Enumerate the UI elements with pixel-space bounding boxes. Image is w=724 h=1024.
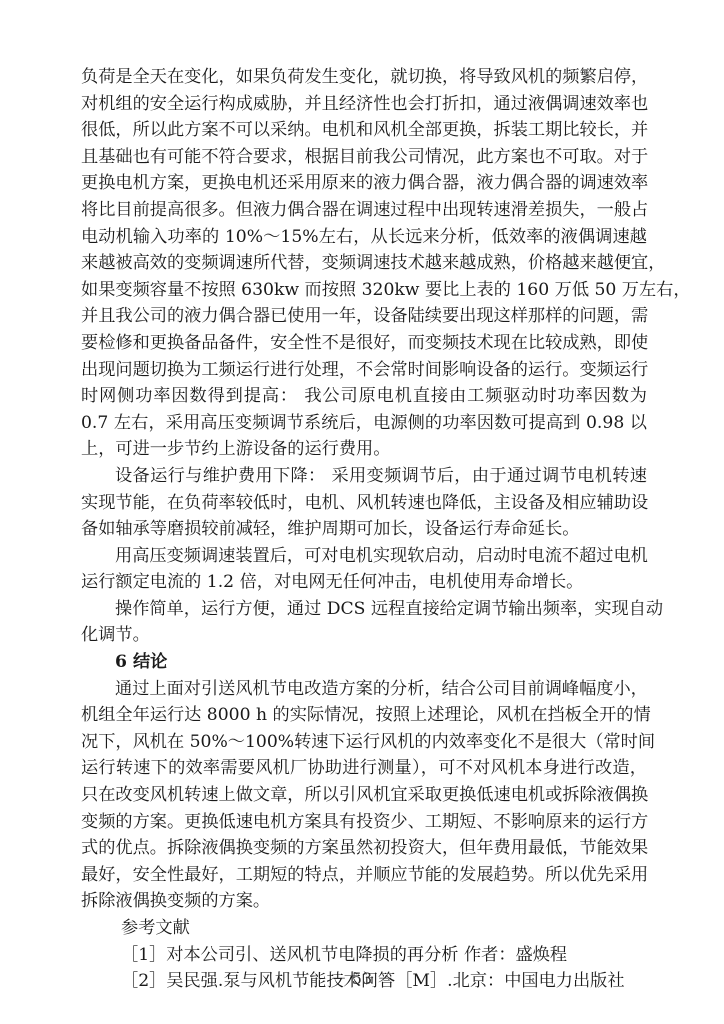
- text-line: 机组全年运行达 8000 h 的实际情况，按照上述理论，风机在挡板全开的情: [81, 702, 647, 729]
- paragraph-1: 负荷是全天在变化，如果负荷发生变化，就切换，将导致风机的频繁启停， 对机组的安全…: [81, 64, 647, 463]
- paragraph-2: 设备运行与维护费用下降： 采用变频调节后，由于通过调节电机转速 实现节能，在负荷…: [81, 463, 647, 543]
- text-line: 很低，所以此方案不可以采纳。电机和风机全部更换，拆装工期比较长，并: [81, 117, 647, 144]
- text-line: 负荷是全天在变化，如果负荷发生变化，就切换，将导致风机的频繁启停，: [81, 64, 647, 91]
- text-line: 只在改变风机转速上做文章，所以引风机宜采取更换低速电机或拆除液偶换: [81, 782, 647, 809]
- text-line: 设备运行与维护费用下降： 采用变频调节后，由于通过调节电机转速: [81, 463, 647, 490]
- text-line: 实现节能，在负荷率较低时，电机、风机转速也降低，主设备及相应辅助设: [81, 490, 647, 517]
- text-line: 0.7 左右，采用高压变频调节系统后，电源侧的功率因数可提高到 0.98 以: [81, 410, 647, 437]
- text-line: 来越被高效的变频调速所代替，变频调速技术越来越成熟，价格越来越便宜，: [81, 250, 647, 277]
- text-line: 将比目前提高很多。但液力偶合器在调速过程中出现转速滑差损失，一般占: [81, 197, 647, 224]
- text-line: 运行转速下的效率需要风机厂协助进行测量），可不对风机本身进行改造，: [81, 755, 647, 782]
- text-line: 运行额定电流的 1.2 倍，对电网无任何冲击，电机使用寿命增长。: [81, 569, 647, 596]
- paragraph-3: 用高压变频调速装置后，可对电机实现软启动，启动时电流不超过电机 运行额定电流的 …: [81, 543, 647, 596]
- text-line: 电动机输入功率的 10%～15%左右，从长远来分析，低效率的液偶调速越: [81, 224, 647, 251]
- text-line: 备如轴承等磨损较前减轻，维护周期可加长，设备运行寿命延长。: [81, 516, 647, 543]
- text-line: 出现问题切换为工频运行进行处理，不会常时间影响设备的运行。变频运行: [81, 357, 647, 384]
- references-title: 参考文献: [81, 915, 647, 942]
- text-line: 式的优点。拆除液偶换变频的方案虽然初投资大，但年费用最低，节能效果: [81, 835, 647, 862]
- text-line: 操作简单，运行方便，通过 DCS 远程直接给定调节输出频率，实现自动: [81, 596, 647, 623]
- text-line: 时网侧功率因数得到提高： 我公司原电机直接由工频驱动时功率因数为: [81, 383, 647, 410]
- text-line: 用高压变频调速装置后，可对电机实现软启动，启动时电流不超过电机: [81, 543, 647, 570]
- text-line: 如果变频容量不按照 630kw 而按照 320kw 要比上表的 160 万低 5…: [81, 277, 647, 304]
- document-page: 负荷是全天在变化，如果负荷发生变化，就切换，将导致风机的频繁启停， 对机组的安全…: [81, 64, 647, 995]
- text-line: 化调节。: [81, 622, 647, 649]
- text-line: 变频的方案。更换低速电机方案具有投资少、工期短、不影响原来的运行方: [81, 809, 647, 836]
- text-line: 要检修和更换备品备件，安全性不是很好，而变频技术现在比较成熟，即使: [81, 330, 647, 357]
- text-line: 上，可进一步节约上游设备的运行费用。: [81, 436, 647, 463]
- conclusion-paragraph: 通过上面对引送风机节电改造方案的分析，结合公司目前调峰幅度小， 机组全年运行达 …: [81, 676, 647, 915]
- text-line: 拆除液偶换变频的方案。: [81, 888, 647, 915]
- reference-item: ［1］对本公司引、送风机节电降损的再分析 作者：盛焕程: [81, 942, 647, 969]
- text-line: 并且我公司的液力偶合器已使用一年，设备陆续要出现这样那样的问题，需: [81, 303, 647, 330]
- text-line: 更换电机方案，更换电机还采用原来的液力偶合器，液力偶合器的调速效率: [81, 170, 647, 197]
- text-line: 况下，风机在 50%～100%转速下运行风机的内效率变化不是很大（常时间: [81, 729, 647, 756]
- text-line: 且基础也有可能不符合要求，根据目前我公司情况，此方案也不可取。对于: [81, 144, 647, 171]
- section-heading: 6 结论: [81, 649, 647, 676]
- text-line: 对机组的安全运行构成威胁，并且经济性也会打折扣，通过液偶调速效率也: [81, 91, 647, 118]
- paragraph-4: 操作简单，运行方便，通过 DCS 远程直接给定调节输出频率，实现自动 化调节。: [81, 596, 647, 649]
- text-line: 通过上面对引送风机节电改造方案的分析，结合公司目前调峰幅度小，: [81, 676, 647, 703]
- text-line: 最好，安全性最好，工期短的特点，并顺应节能的发展趋势。所以优先采用: [81, 862, 647, 889]
- page-number: － 53 －: [0, 966, 724, 989]
